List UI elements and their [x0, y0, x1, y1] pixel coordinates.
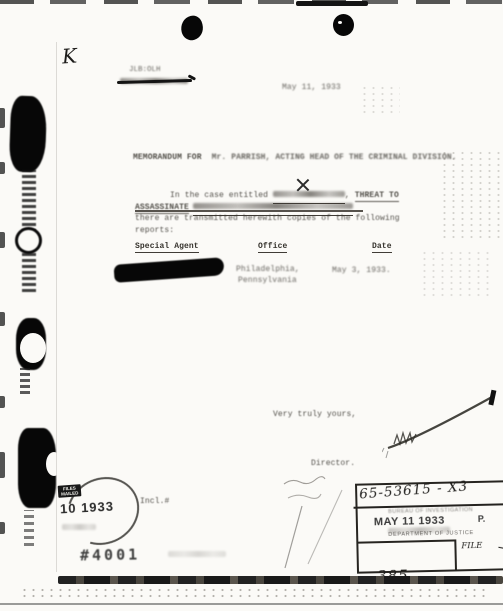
photocopy-top-edge-dark	[296, 1, 368, 6]
memo-recipient: Mr. PARRISH, ACTING HEAD OF THE CRIMINAL…	[212, 153, 457, 162]
photocopy-speckle-row	[20, 587, 490, 599]
valediction: Very truly yours,	[273, 410, 356, 419]
binding-smudge	[20, 368, 30, 394]
binding-smudge	[24, 510, 34, 546]
file-arrow: →	[496, 540, 503, 557]
noise-specks	[420, 250, 490, 300]
fold-line	[56, 42, 57, 572]
scanned-memo-page: K JLB:OLH May 11, 1933 MEMORANDUM FORMr.…	[0, 0, 503, 611]
mailed-stamp-date: 10 1933	[60, 499, 115, 517]
noise-specks	[360, 85, 400, 115]
edge-mark	[0, 108, 5, 128]
file-number-handwritten: 65-53615 - X3	[359, 478, 469, 502]
binding-smudge-notch	[46, 452, 62, 476]
binding-smudge	[9, 95, 48, 172]
pen-scribble-mark	[382, 388, 502, 466]
file-word-handwritten: FILE	[461, 541, 482, 551]
enclosure-note: Incl.#	[140, 497, 169, 506]
edge-mark	[0, 312, 5, 326]
serial-number-ghost	[168, 551, 226, 557]
memo-date: May 11, 1933	[282, 83, 341, 92]
page-bottom-edge	[0, 603, 503, 605]
edge-mark	[0, 452, 5, 478]
handwritten-x-mark	[296, 178, 310, 192]
memo-body-line3: there are transmitted herewith copies of…	[135, 214, 400, 223]
binding-hole	[20, 333, 46, 363]
edge-mark	[0, 162, 5, 174]
memo-heading-label: MEMORANDUM FOR	[133, 153, 202, 162]
signer-title: Director.	[311, 459, 355, 468]
edge-mark	[0, 396, 5, 408]
table-header-special-agent: Special Agent	[135, 242, 199, 253]
table-header-date: Date	[372, 242, 392, 253]
photocopy-bottom-band	[58, 576, 503, 584]
faint-scribble-mark	[272, 472, 358, 572]
rule-line	[135, 210, 363, 212]
office-value: Philadelphia,	[236, 265, 300, 274]
mailed-stamp-line2: MAILED	[61, 490, 79, 496]
memo-heading: MEMORANDUM FORMr. PARRISH, ACTING HEAD O…	[133, 146, 457, 164]
hole-punch-mark	[178, 14, 205, 43]
stamp-residue	[62, 524, 96, 530]
serial-number-stamp: #4001	[80, 545, 140, 564]
redaction-mark	[114, 257, 225, 283]
photocopy-top-edge	[0, 0, 503, 4]
received-suffix: P.	[478, 514, 486, 524]
illegible-case-subject	[193, 196, 353, 216]
typist-initials: JLB:OLH	[129, 66, 161, 74]
binding-hole	[15, 227, 42, 254]
memo-body-line4: reports:	[135, 226, 174, 235]
threat-to-text: THREAT TO	[355, 191, 399, 202]
edge-mark	[0, 522, 5, 534]
edge-mark	[0, 232, 5, 248]
hole-punch-mark	[333, 14, 354, 36]
department-name: DEPARTMENT OF JUSTICE	[358, 529, 503, 538]
office-value-line2: Pennsylvania	[238, 276, 297, 285]
handwritten-corner-mark: K	[61, 44, 78, 69]
table-header-office: Office	[258, 242, 287, 253]
assassinate-text: ASSASSINATE	[135, 203, 189, 214]
date-value: May 3, 1933.	[332, 266, 391, 275]
file-stamp-box: 65-53615 - X3 BUREAU OF INVESTIGATION MA…	[355, 480, 503, 573]
mailed-stamp-box: FILES MAILED	[58, 484, 82, 498]
mailed-stamp: FILES MAILED 10 1933	[58, 476, 146, 548]
noise-specks	[440, 150, 500, 240]
